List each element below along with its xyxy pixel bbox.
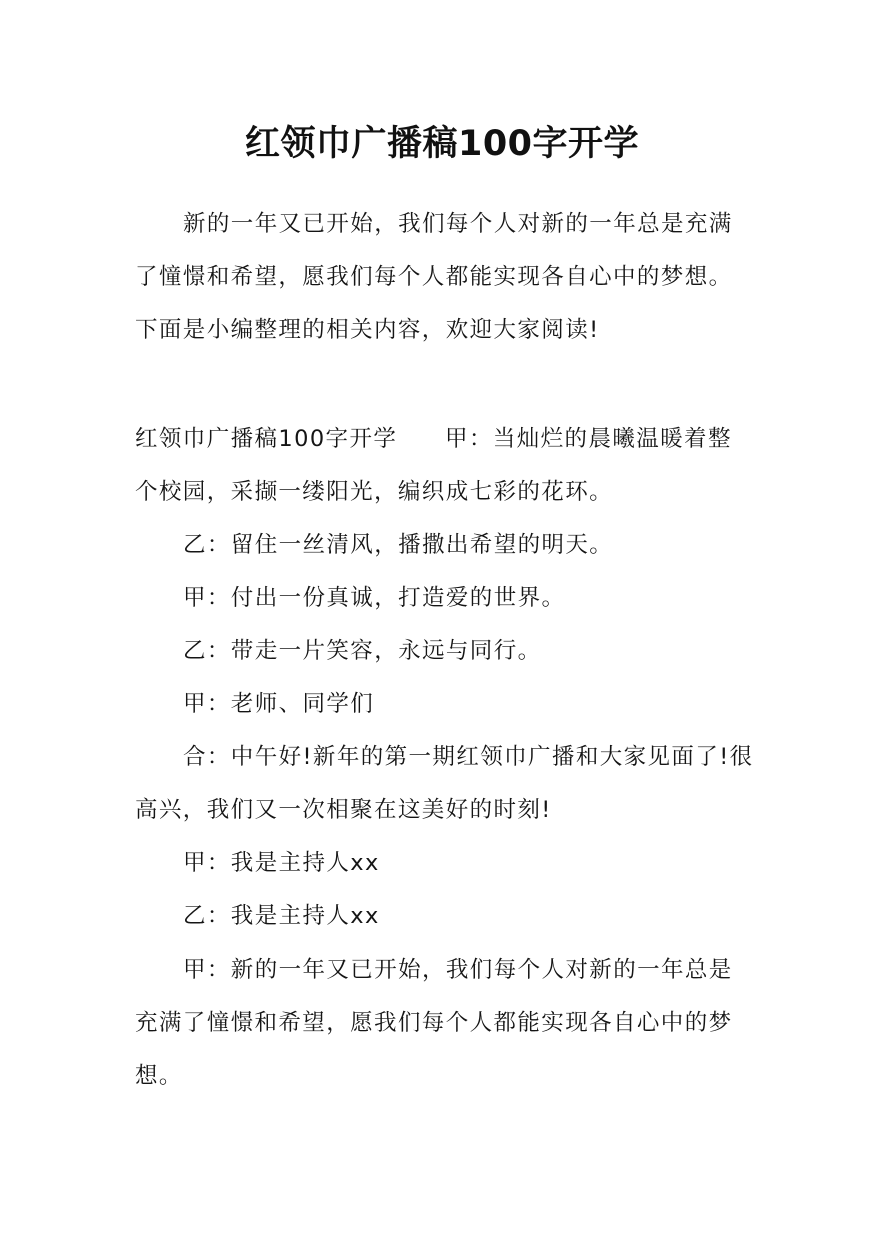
script-line: 甲：我是主持人xx	[183, 847, 803, 879]
script-line: 充满了憧憬和希望，愿我们每个人都能实现各自心中的梦	[135, 1007, 755, 1039]
script-line: 个校园，采撷一缕阳光，编织成七彩的花环。	[135, 476, 755, 508]
script-line: 合：中午好!新年的第一期红领巾广播和大家见面了!很	[183, 741, 803, 773]
intro-line: 新的一年又已开始，我们每个人对新的一年总是充满	[183, 208, 803, 240]
intro-line: 了憧憬和希望，愿我们每个人都能实现各自心中的梦想。	[135, 261, 755, 293]
script-line: 乙：留住一丝清风，播撒出希望的明天。	[183, 529, 803, 561]
document-title: 红领巾广播稿100字开学	[0, 118, 884, 170]
script-line: 高兴，我们又一次相聚在这美好的时刻!	[135, 794, 755, 826]
document-page: 红领巾广播稿100字开学 新的一年又已开始，我们每个人对新的一年总是充满 了憧憬…	[0, 0, 884, 1250]
intro-line: 下面是小编整理的相关内容，欢迎大家阅读!	[135, 314, 755, 346]
script-line: 乙：我是主持人xx	[183, 900, 803, 932]
script-line: 甲：新的一年又已开始，我们每个人对新的一年总是	[183, 954, 803, 986]
script-line: 红领巾广播稿100字开学 甲：当灿烂的晨曦温暖着整	[135, 423, 755, 455]
script-line: 乙：带走一片笑容，永远与同行。	[183, 635, 803, 667]
script-line: 甲：付出一份真诚，打造爱的世界。	[183, 582, 803, 614]
script-line: 甲：老师、同学们	[183, 688, 803, 720]
script-line: 想。	[135, 1060, 755, 1092]
